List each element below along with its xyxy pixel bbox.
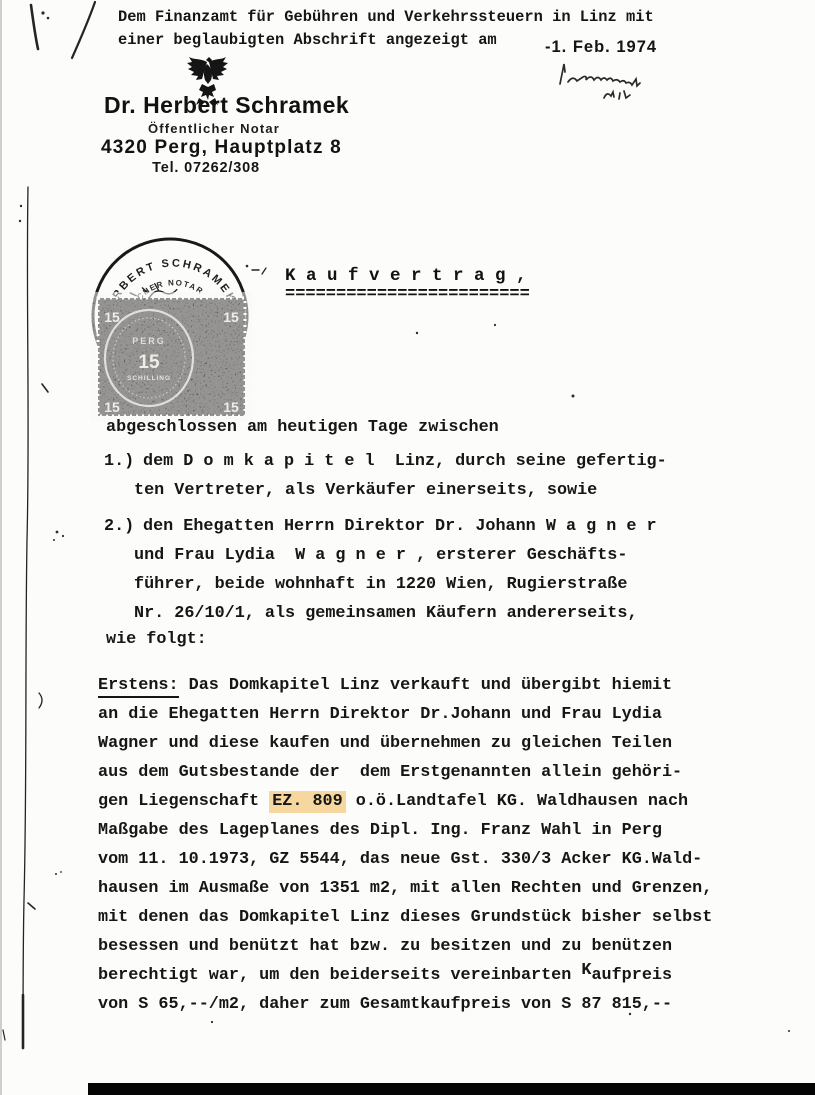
wie-folgt-line: wie folgt: bbox=[106, 630, 207, 649]
party-1-line-2: ten Vertreter, als Verkäufer einerseits,… bbox=[134, 481, 597, 500]
clause-1-line-7: vom 11. 10.1973, GZ 5544, das neue Gst. … bbox=[98, 850, 702, 869]
party-2-line-2: und Frau Lydia W a g n e r , ersterer Ge… bbox=[134, 546, 627, 565]
stamp-center-value: 15 bbox=[138, 352, 160, 373]
date-stamp: -1. Feb. 1974 bbox=[545, 38, 657, 57]
stamp-value-bottom-left: 15 bbox=[104, 399, 120, 415]
clause-1-line-9: mit denen das Domkapitel Linz dieses Gru… bbox=[98, 908, 712, 927]
clause-1-line-12: von S 65,--/m2, daher zum Gesamtkaufprei… bbox=[98, 995, 672, 1014]
clause-1-line-11: berechtigt war, um den beiderseits verei… bbox=[98, 966, 672, 985]
document-title: K a u f v e r t r a g , bbox=[285, 266, 527, 286]
clause-1-line-11-post: aufpreis bbox=[591, 966, 672, 985]
ez-809-highlight: EZ. 809 bbox=[269, 791, 346, 813]
clause-1-line-2: an die Ehegatten Herrn Direktor Dr.Johan… bbox=[98, 705, 662, 724]
scan-bottom-bar bbox=[88, 1083, 815, 1095]
stamp-value-top-right: 15 bbox=[223, 309, 239, 325]
scan-edge-strip bbox=[0, 0, 2, 1095]
finance-office-notice-line-1: Dem Finanzamt für Gebühren und Verkehrss… bbox=[118, 8, 654, 26]
stamp-value-bottom-right: 15 bbox=[223, 399, 239, 415]
erstens-label: Erstens: bbox=[98, 676, 179, 698]
notary-seal-and-revenue-stamp: DR. HERBERT SCHRAMEK ÖFFENTLICHER NOTAR … bbox=[75, 232, 267, 424]
title-underline: ======================== bbox=[285, 290, 530, 300]
party-2-line-4: Nr. 26/10/1, als gemeinsamen Käufern and… bbox=[134, 604, 638, 623]
stamp-place: PERG bbox=[132, 336, 166, 346]
notary-role: Öffentlicher Notar bbox=[98, 121, 330, 136]
clause-1-line-6: Maßgabe des Lageplanes des Dipl. Ing. Fr… bbox=[98, 821, 662, 840]
clause-1-line-3: Wagner und diese kaufen und übernehmen z… bbox=[98, 734, 672, 753]
party-2-number: 2.) bbox=[104, 517, 134, 536]
party-2-line-1: den Ehegatten Herrn Direktor Dr. Johann … bbox=[143, 517, 657, 536]
notary-name: Dr. Herbert Schramek bbox=[104, 92, 349, 119]
clause-1-line-1: Erstens: Das Domkapitel Linz verkauft un… bbox=[98, 676, 672, 695]
raised-k-glyph: K bbox=[581, 961, 591, 980]
finance-office-notice-line-2: einer beglaubigten Abschrift angezeigt a… bbox=[118, 31, 497, 49]
party-1-number: 1.) bbox=[104, 452, 134, 471]
clause-1-line-5: gen Liegenschaft EZ. 809 o.ö.Landtafel K… bbox=[98, 792, 688, 811]
party-1-line-1: dem D o m k a p i t e l Linz, durch sein… bbox=[143, 452, 667, 471]
clause-1-line-4: aus dem Gutsbestande der dem Erstgenannt… bbox=[98, 763, 682, 782]
clause-1-line-1-rest: Das Domkapitel Linz verkauft und übergib… bbox=[179, 676, 672, 695]
clause-1-line-5-post: o.ö.Landtafel KG. Waldhausen nach bbox=[346, 792, 688, 811]
party-2-line-3: führer, beide wohnhaft in 1220 Wien, Rug… bbox=[134, 575, 627, 594]
clause-1-line-10: besessen und benützt hat bzw. zu besitze… bbox=[98, 937, 672, 956]
stamp-value-top-left: 15 bbox=[104, 309, 120, 325]
scanned-contract-page: Dem Finanzamt für Gebühren und Verkehrss… bbox=[0, 0, 815, 1095]
notary-address: 4320 Perg, Hauptplatz 8 bbox=[101, 137, 342, 159]
clause-1-line-11-pre: berechtigt war, um den beiderseits verei… bbox=[98, 966, 581, 985]
clause-1-line-8: hausen im Ausmaße von 1351 m2, mit allen… bbox=[98, 879, 712, 898]
revenue-stamp: 15 15 15 15 PERG 15 SCHILLING bbox=[98, 298, 245, 416]
stamp-currency: SCHILLING bbox=[127, 375, 171, 382]
body-opening-line: abgeschlossen am heutigen Tage zwischen bbox=[106, 418, 499, 437]
clause-1-line-5-pre: gen Liegenschaft bbox=[98, 792, 269, 811]
notary-phone: Tel. 07262/308 bbox=[90, 160, 322, 176]
handwritten-signature-icon bbox=[552, 58, 692, 108]
